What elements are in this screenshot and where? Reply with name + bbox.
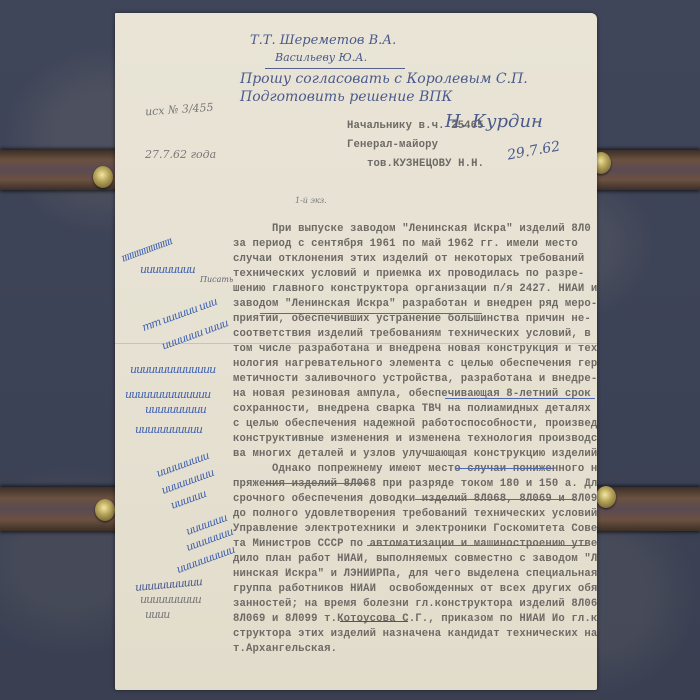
body-line: шению главного конструктора организации … xyxy=(233,283,597,295)
handwritten-underline xyxy=(265,68,405,69)
addressee-line-2: Генерал-майору xyxy=(347,139,438,151)
body-line: т.Архангельская. xyxy=(233,643,337,655)
body-line: При выпуске заводом "Ленинская Искра" из… xyxy=(233,223,591,235)
body-line: пряжения изделий 8Л068 при разряде током… xyxy=(233,478,597,490)
pen-underline xyxy=(260,313,482,314)
handwritten-recipient-2: Васильеву Ю.А. xyxy=(275,51,367,64)
margin-scribble: uuuuuuuuuuuuuu xyxy=(130,363,215,376)
body-line: нинская Искра" и ЛЭНИИРПа, для чего выде… xyxy=(233,568,597,580)
brass-stud-icon xyxy=(596,486,616,508)
body-line: технических условий и приемка их проводи… xyxy=(233,268,584,280)
margin-scribble: uuuuuuuuuu xyxy=(175,543,237,576)
margin-scribble: uuuuuuuuuu xyxy=(145,403,206,416)
body-line: с целью обеспечения надежной работоспосо… xyxy=(233,418,597,430)
pen-underline xyxy=(367,545,587,546)
addressee-block: Начальнику в.ч. 25465 Генерал-майору тов… xyxy=(115,13,141,73)
body-line: том числе разработана и внедрена новая к… xyxy=(233,343,597,355)
body-line: соответствия изделий требованиям техниче… xyxy=(233,328,591,340)
body-line: группа работников НИАИ освобожденных от … xyxy=(233,583,597,595)
document-page: Т.Т. Шереметов В.А. Васильеву Ю.А. Прошу… xyxy=(115,13,597,690)
body-line: нология нагревательного элемента с целью… xyxy=(233,358,597,370)
margin-scribble: uuuuuuuuuu xyxy=(140,593,201,606)
body-line: структора этих изделий назначена кандида… xyxy=(233,628,597,640)
body-line: приятий, обеспечивших устранение большин… xyxy=(233,313,591,325)
pencil-copy-note: 1-й экз. xyxy=(295,196,327,205)
pen-underline xyxy=(265,483,367,484)
body-line: дило план работ НИАИ, выполняемых совмес… xyxy=(233,553,597,565)
margin-scribble: uuuuuuuuu xyxy=(140,263,195,276)
body-line: сохранности, внедрена сварка ТВЧ на поли… xyxy=(233,403,591,415)
body-line: ва многих деталей и узлов улучшающая кон… xyxy=(233,448,597,460)
body-line: Управление электротехники и электроники … xyxy=(233,523,597,535)
body-line: та Министров СССР по автоматизации и маш… xyxy=(233,538,597,550)
margin-note: Писать xyxy=(200,275,233,284)
margin-scribble: uuuuuuuuuuuuuu xyxy=(125,388,210,401)
handwritten-date: 29.7.62 xyxy=(506,138,561,163)
brass-stud-icon xyxy=(93,166,113,188)
body-line: Однако попрежнему имеют место случаи пон… xyxy=(233,463,597,475)
body-line: случаи отклонения этих изделий от некото… xyxy=(233,253,584,265)
margin-scribble: uuuu xyxy=(145,608,169,621)
margin-scribble: uuuuuuuuuuu xyxy=(135,423,202,436)
body-line: конструктивные изменения и изменена техн… xyxy=(233,433,597,445)
body-line: до полного удовлетворения требований тех… xyxy=(233,508,597,520)
body-line: заводом "Ленинская Искра" разработан и в… xyxy=(233,298,597,310)
margin-scribble: ııııııııııııııııııııı xyxy=(119,234,173,264)
brass-stud-icon xyxy=(95,499,115,521)
registration-number: исх № 3/455 xyxy=(145,101,214,119)
addressee-line-1: Начальнику в.ч. 25465 xyxy=(347,120,484,132)
pen-underline xyxy=(415,499,575,500)
pen-underline xyxy=(340,621,408,622)
body-line: за период с сентября 1961 по май 1962 гг… xyxy=(233,238,578,250)
margin-scribble: uuuuuuuuuuu xyxy=(135,575,203,594)
body-line: занностей; на время болезни гл.конструкт… xyxy=(233,598,597,610)
body-line: 8Л069 и 8Л099 т.Котоусова С.Г., приказом… xyxy=(233,613,597,625)
registration-date: 27.7.62 года xyxy=(145,148,216,161)
addressee-line-3: тов.КУЗНЕЦОВУ Н.Н. xyxy=(367,158,484,170)
handwritten-resolution-2: Подготовить решение ВПК xyxy=(240,89,452,105)
body-line: метичности заливочного устройства, разра… xyxy=(233,373,597,385)
handwritten-recipient-1: Т.Т. Шереметов В.А. xyxy=(250,33,396,48)
pen-underline xyxy=(445,398,595,399)
handwritten-resolution-1: Прошу согласовать с Королевым С.П. xyxy=(240,71,528,87)
pen-underline xyxy=(455,468,553,469)
